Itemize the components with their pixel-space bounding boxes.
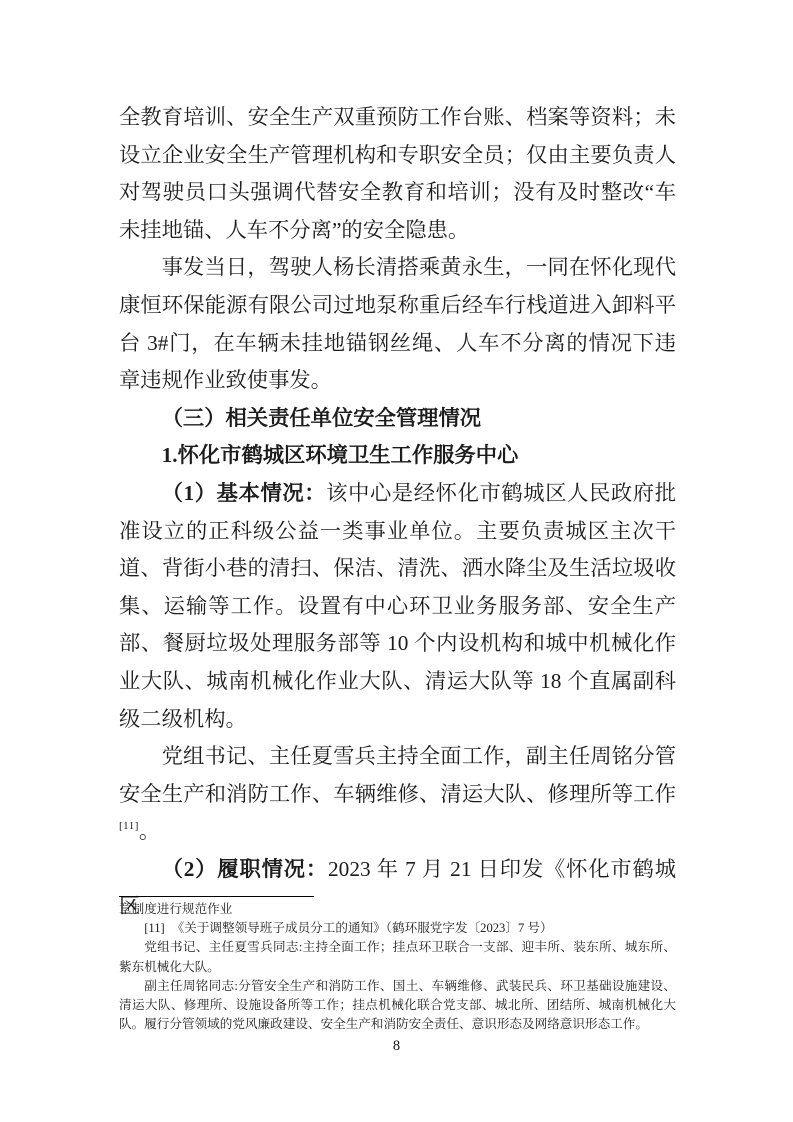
body-paragraph-incident: 事发当日，驾驶人杨长清搭乘黄永生，一同在怀化现代康恒环保能源有限公司过地泵称重后…	[119, 249, 676, 399]
footnote-11-reference-superscript: [11]	[119, 820, 139, 832]
section-heading: （三）相关责任单位安全管理情况	[119, 400, 676, 438]
body-paragraph-leadership: 党组书记、主任夏雪兵主持全面工作，副主任周铭分管安全生产和消防工作、车辆维修、清…	[119, 738, 676, 851]
footnote-11-detail-secretary: 党组书记、主任夏雪兵同志:主持全面工作；挂点环卫联合一支部、迎丰所、装东所、城东…	[119, 938, 676, 976]
footnote-separator-rule	[119, 896, 314, 897]
footnote-11-detail-deputy: 副主任周铭同志:分管安全生产和消防工作、国土、车辆维修、武装民兵、环卫基础设施建…	[119, 977, 676, 1035]
body-paragraph-continuation: 全教育培训、安全生产双重预防工作台账、档案等资料；未设立企业安全生产管理机构和专…	[119, 99, 676, 249]
footnote-11-marker: [11]	[144, 921, 165, 935]
duty-performance-label: （2）履职情况：	[162, 857, 328, 881]
document-body: 全教育培训、安全生产双重预防工作台账、档案等资料；未设立企业安全生产管理机构和专…	[119, 99, 676, 926]
body-paragraph-basic: （1）基本情况：该中心是经怀化市鹤城区人民政府批准设立的正科级公益一类事业单位。…	[119, 475, 676, 738]
footnote-11-source-line: [11]《关于调整领导班子成员分工的通知》（鹤环服党字发〔2023〕7 号）	[119, 919, 676, 938]
footnote-11-source-text: 《关于调整领导班子成员分工的通知》（鹤环服党字发〔2023〕7 号）	[172, 921, 553, 935]
unit-heading: 1.怀化市鹤城区环境卫生工作服务中心	[119, 437, 676, 475]
document-page: 全教育培训、安全生产双重预防工作台账、档案等资料；未设立企业安全生产管理机构和专…	[0, 0, 793, 1122]
page-number: 8	[0, 1036, 793, 1056]
footnotes-section: 章制度进行规范作业 [11]《关于调整领导班子成员分工的通知》（鹤环服党字发〔2…	[119, 900, 676, 1034]
leadership-period: 。	[139, 819, 160, 843]
footnote-continuation-line: 章制度进行规范作业	[119, 900, 676, 919]
leadership-text: 党组书记、主任夏雪兵主持全面工作，副主任周铭分管安全生产和消防工作、车辆维修、清…	[119, 744, 676, 806]
basic-situation-text: 该中心是经怀化市鹤城区人民政府批准设立的正科级公益一类事业单位。主要负责城区主次…	[119, 481, 676, 731]
basic-situation-label: （1）基本情况：	[162, 481, 327, 505]
